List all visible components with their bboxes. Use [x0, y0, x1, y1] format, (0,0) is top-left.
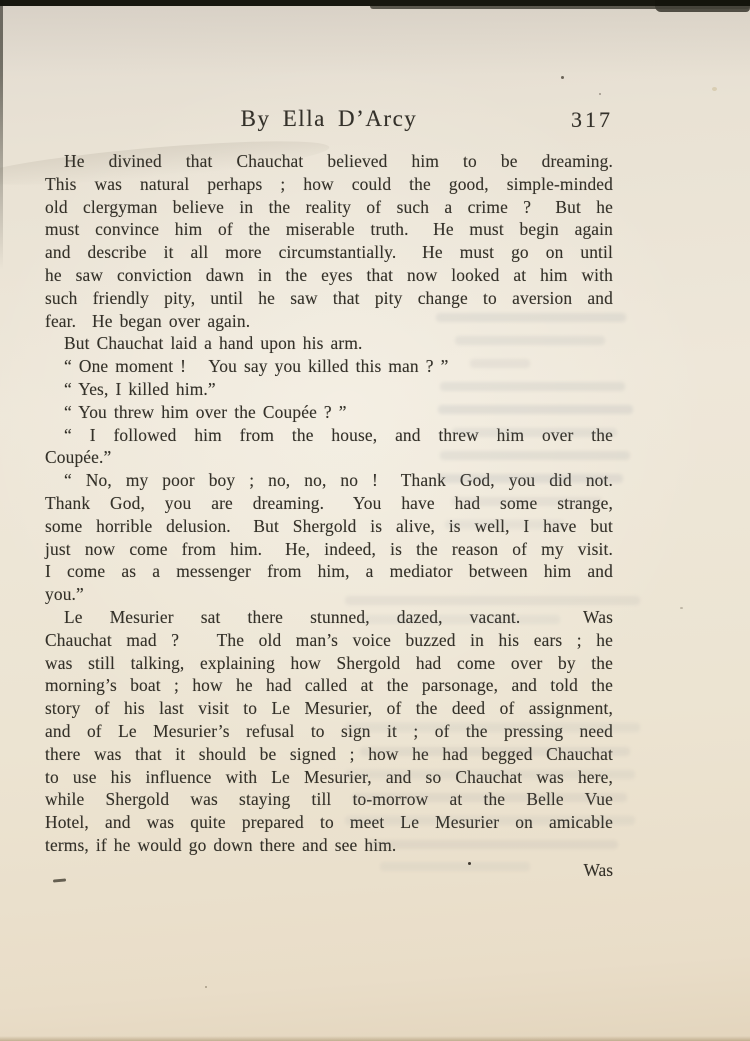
ghost-text-row — [470, 359, 530, 368]
ghost-text-row — [345, 816, 635, 825]
ghost-text-row — [345, 723, 640, 732]
text-line: This was natural perhaps ; how could the… — [45, 173, 613, 196]
ghost-text-row — [360, 615, 560, 624]
text-line: story of his last visit to Le Mesurier, … — [45, 697, 613, 720]
text-line: he saw conviction dawn in the eyes that … — [45, 264, 613, 287]
ghost-text-row — [440, 451, 630, 460]
ink-dash-mark — [53, 878, 66, 882]
ink-speck — [205, 986, 207, 988]
ghost-text-row — [380, 862, 530, 871]
text-line: was still talking, explaining how Shergo… — [45, 652, 613, 675]
text-line: He divined that Chauchat believed him to… — [45, 150, 613, 173]
text-line: morning’s boat ; how he had called at th… — [45, 674, 613, 697]
ink-speck — [468, 862, 471, 865]
ghost-text-row — [352, 793, 627, 802]
ghost-text-row — [452, 428, 617, 437]
scan-edge-bottom — [0, 1036, 750, 1041]
ghost-text-row — [440, 382, 625, 391]
running-header: By Ella D’Arcy 317 — [45, 106, 613, 140]
ghost-text-row — [368, 840, 618, 849]
text-line: and describe it all more circumstantiall… — [45, 241, 613, 264]
catchword: Was — [45, 859, 656, 882]
paper-stain-speck — [680, 607, 683, 609]
page-top-shading — [0, 6, 750, 76]
ghost-text-row — [445, 520, 565, 529]
catchword-text: Was — [583, 860, 613, 880]
ghost-text-row — [436, 313, 626, 322]
text-line: old clergyman believe in the reality of … — [45, 196, 613, 219]
ghost-text-row — [438, 474, 623, 483]
text-line: just now come from him. He, indeed, is t… — [45, 538, 613, 561]
text-line: I come as a messenger from him, a mediat… — [45, 560, 613, 583]
ink-speck — [561, 76, 564, 79]
ghost-text-row — [438, 405, 633, 414]
ghost-text-row — [452, 497, 602, 506]
ink-speck — [599, 93, 601, 95]
paper-stain-speck — [712, 87, 717, 91]
text-line: such friendly pity, until he saw that pi… — [45, 287, 613, 310]
ghost-text-row — [455, 336, 605, 345]
ghost-text-row — [345, 596, 640, 605]
text-line: must convince him of the miserable truth… — [45, 218, 613, 241]
book-page-scan: By Ella D’Arcy 317 He divined that Chauc… — [0, 0, 750, 1041]
ghost-text-row — [345, 770, 635, 779]
running-header-title: By Ella D’Arcy — [45, 106, 613, 132]
text-line: Chauchat mad ? The old man’s voice buzze… — [45, 629, 613, 652]
ghost-text-row — [360, 747, 630, 756]
page-number: 317 — [571, 107, 613, 133]
